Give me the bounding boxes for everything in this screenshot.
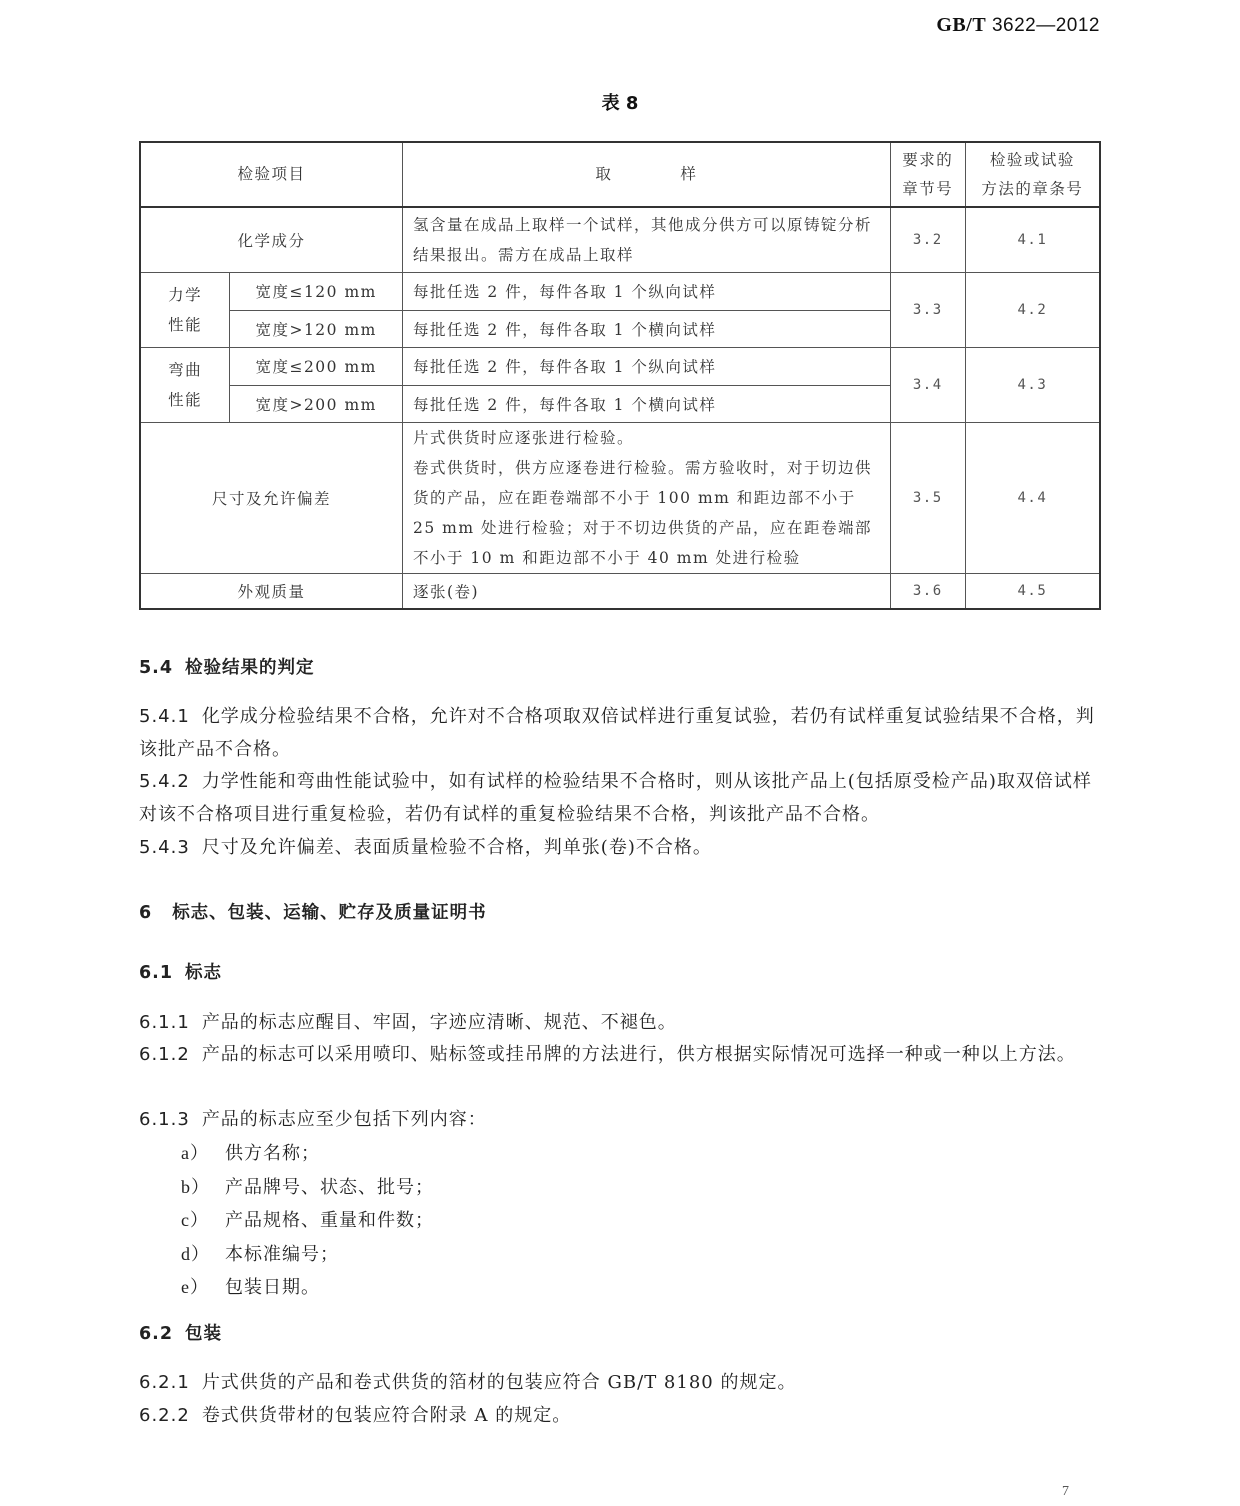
header-item: 检验项目 — [140, 142, 403, 207]
list-item: a）供方名称； — [139, 1137, 1104, 1171]
page-number: 7 — [1062, 1484, 1069, 1500]
cell-req: 3.4 — [890, 347, 965, 422]
clause-5-4-3: 5.4.3尺寸及允许偏差、表面质量检验不合格，判单张(卷)不合格。 — [139, 832, 1104, 865]
clause-6-1-3: 6.1.3产品的标志应至少包括下列内容： — [139, 1104, 1104, 1137]
cell-group-bend: 弯曲 性能 — [140, 347, 230, 422]
cell-req: 3.2 — [890, 207, 965, 272]
table-header-row: 检验项目 取 样 要求的 章节号 检验或试验 方法的章条号 — [140, 142, 1100, 207]
cell-sampling: 每批任选 2 件，每件各取 1 个纵向试样 — [403, 272, 891, 310]
list-item: d）本标准编号； — [139, 1238, 1104, 1272]
cell-item: 尺寸及允许偏差 — [140, 422, 403, 573]
cell-sampling: 每批任选 2 件，每件各取 1 个纵向试样 — [403, 347, 891, 385]
clause-5-4-2: 5.4.2力学性能和弯曲性能试验中，如有试样的检验结果不合格时，则从该批产品上(… — [139, 766, 1104, 831]
cell-width: 宽度≤120 mm — [230, 272, 403, 310]
table-row-appearance: 外观质量 逐张(卷) 3.6 4.5 — [140, 573, 1100, 609]
cell-sampling: 每批任选 2 件，每件各取 1 个横向试样 — [403, 385, 891, 422]
standard-number: 3622—2012 — [992, 15, 1100, 36]
cell-sampling: 氢含量在成品上取样一个试样，其他成分供方可以原铸锭分析结果报出。需方在成品上取样 — [403, 207, 891, 272]
cell-item: 外观质量 — [140, 573, 403, 609]
cell-sampling: 逐张(卷) — [403, 573, 891, 609]
cell-width: 宽度>200 mm — [230, 385, 403, 422]
cell-method: 4.1 — [965, 207, 1100, 272]
list-item: c）产品规格、重量和件数； — [139, 1204, 1104, 1238]
cell-req: 3.3 — [890, 272, 965, 347]
cell-method: 4.4 — [965, 422, 1100, 573]
cell-req: 3.6 — [890, 573, 965, 609]
cell-width: 宽度>120 mm — [230, 310, 403, 347]
table-row-mech-1: 力学 性能 宽度≤120 mm 每批任选 2 件，每件各取 1 个纵向试样 3.… — [140, 272, 1100, 310]
cell-method: 4.5 — [965, 573, 1100, 609]
clause-6-1-1: 6.1.1产品的标志应醒目、牢固，字迹应清晰、规范、不褪色。 — [139, 1007, 1104, 1040]
cell-group-mech: 力学 性能 — [140, 272, 230, 347]
clause-6-2-1: 6.2.1片式供货的产品和卷式供货的箔材的包装应符合 GB/T 8180 的规定… — [139, 1367, 1104, 1400]
cell-width: 宽度≤200 mm — [230, 347, 403, 385]
section-6-heading: 6标志、包装、运输、贮存及质量证明书 — [139, 897, 1104, 930]
standard-prefix: GB/T — [936, 14, 986, 36]
standard-code: GB/T 3622—2012 — [936, 14, 1100, 37]
table-row-bend-1: 弯曲 性能 宽度≤200 mm 每批任选 2 件，每件各取 1 个纵向试样 3.… — [140, 347, 1100, 385]
cell-sampling: 片式供货时应逐张进行检验。 卷式供货时，供方应逐卷进行检验。需方验收时，对于切边… — [403, 422, 891, 573]
list-item: e）包装日期。 — [139, 1271, 1104, 1305]
cell-item: 化学成分 — [140, 207, 403, 272]
section-6-1-heading: 6.1标志 — [139, 957, 1104, 990]
header-req-clause: 要求的 章节号 — [890, 142, 965, 207]
header-method-clause: 检验或试验 方法的章条号 — [965, 142, 1100, 207]
section-6-2-heading: 6.2包装 — [139, 1318, 1104, 1351]
clause-6-1-2: 6.1.2产品的标志可以采用喷印、贴标签或挂吊牌的方法进行，供方根据实际情况可选… — [139, 1039, 1104, 1072]
list-item: b）产品牌号、状态、批号； — [139, 1171, 1104, 1205]
clause-5-4-1: 5.4.1化学成分检验结果不合格，允许对不合格项取双倍试样进行重复试验，若仍有试… — [139, 701, 1104, 766]
cell-req: 3.5 — [890, 422, 965, 573]
clause-6-2-2: 6.2.2卷式供货带材的包装应符合附录 A 的规定。 — [139, 1400, 1104, 1433]
section-5-4-heading: 5.4检验结果的判定 — [139, 652, 1104, 685]
marking-contents-list: a）供方名称； b）产品牌号、状态、批号； c）产品规格、重量和件数； d）本标… — [139, 1137, 1104, 1305]
table-row-chem: 化学成分 氢含量在成品上取样一个试样，其他成分供方可以原铸锭分析结果报出。需方在… — [140, 207, 1100, 272]
cell-method: 4.3 — [965, 347, 1100, 422]
header-sampling: 取 样 — [403, 142, 891, 207]
cell-method: 4.2 — [965, 272, 1100, 347]
cell-sampling: 每批任选 2 件，每件各取 1 个横向试样 — [403, 310, 891, 347]
table-row-dim: 尺寸及允许偏差 片式供货时应逐张进行检验。 卷式供货时，供方应逐卷进行检验。需方… — [140, 422, 1100, 573]
inspection-table: 检验项目 取 样 要求的 章节号 检验或试验 方法的章条号 化学成分 氢含量在成… — [139, 141, 1101, 610]
table-title: 表 8 — [0, 89, 1240, 115]
